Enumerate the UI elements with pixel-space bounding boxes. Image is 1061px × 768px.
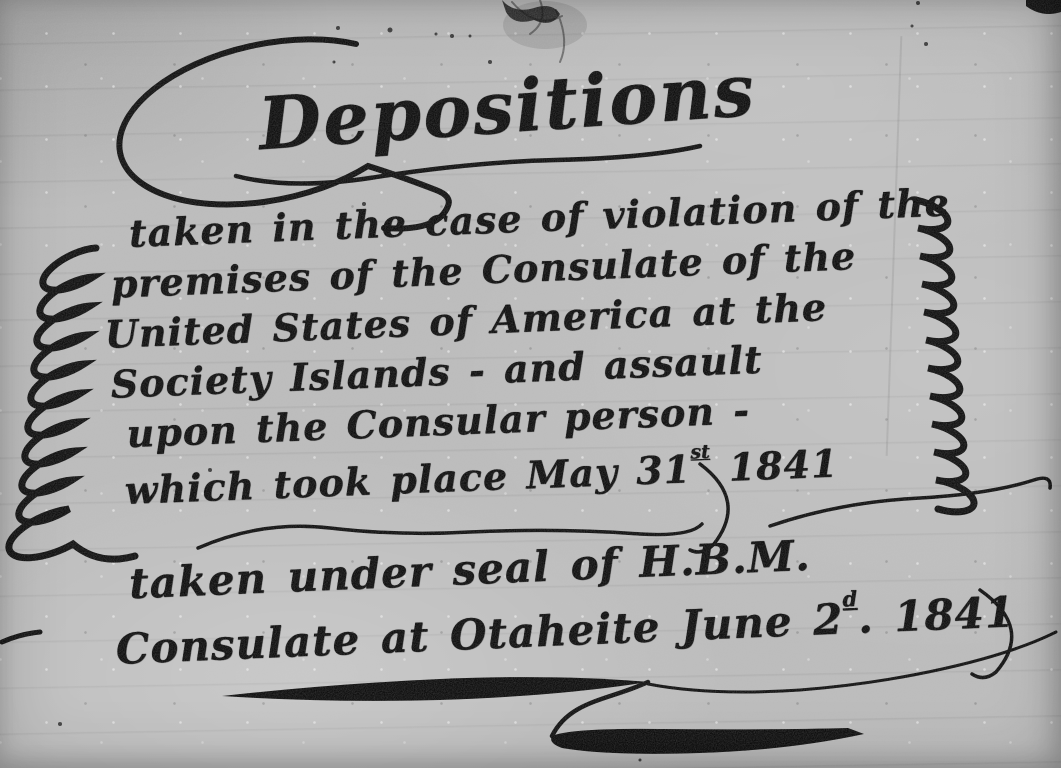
deposition-summary-paragraph: taken in the case of violation of the pr…	[100, 177, 960, 516]
bottom-flourish-connector	[552, 682, 648, 736]
ordinal-superscript: st	[690, 440, 710, 463]
bottom-flourish-upper-bar	[222, 677, 648, 701]
bottom-flourish-lower-bar	[551, 728, 864, 754]
date-line-text: which took place May 31	[124, 446, 692, 513]
document-title: Depositions	[256, 47, 759, 167]
margin-dash	[2, 632, 40, 642]
ordinal-superscript: d	[842, 586, 858, 612]
ink-smudge-icon	[502, 0, 587, 62]
corner-blot-icon	[1026, 0, 1061, 14]
date-line-year: 1841	[710, 441, 840, 491]
manuscript-photo: Depositions taken in the case of violati…	[0, 0, 1061, 768]
attestation-paragraph: taken under seal of H.B.M. Consulate at …	[112, 518, 1016, 678]
closing-line-year: . 1841	[857, 587, 1016, 643]
